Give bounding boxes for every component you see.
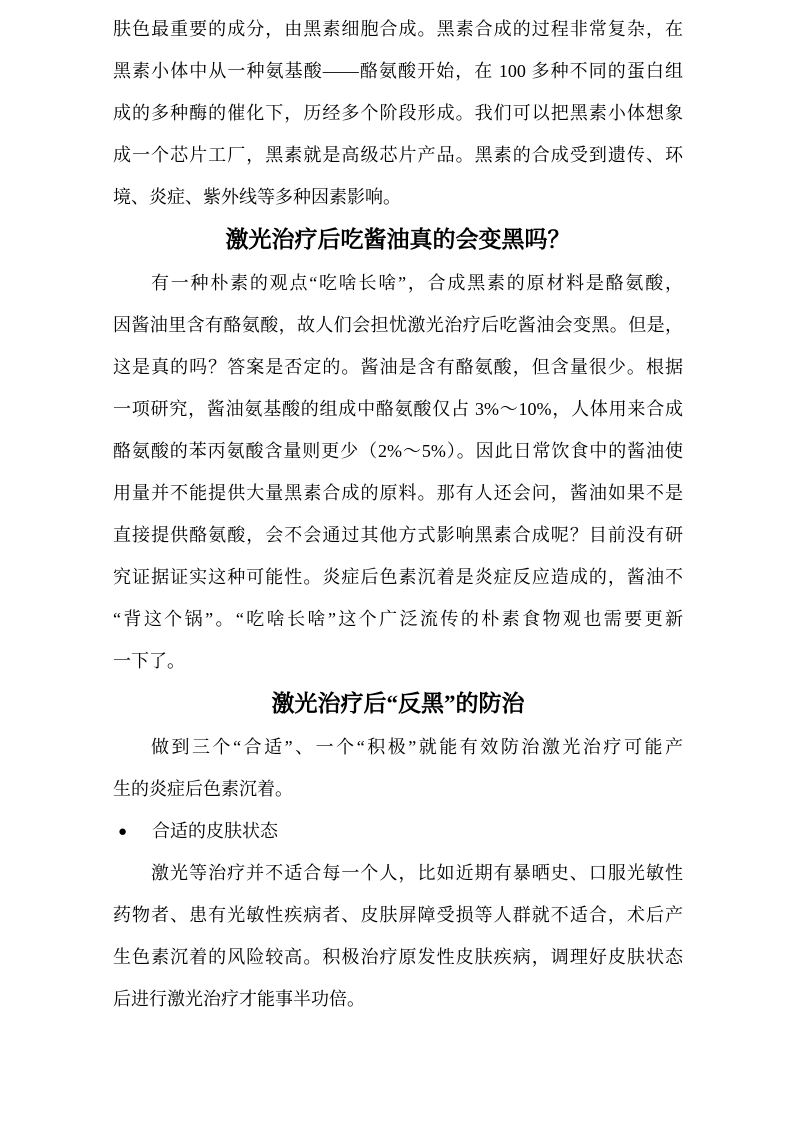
text-line: 生的炎症后色素沉着。 bbox=[113, 768, 683, 810]
section-heading-soy-sauce: 激光治疗后吃酱油真的会变黑吗？ bbox=[113, 218, 683, 262]
skin-condition-paragraph: 激光等治疗并不适合每一个人，比如近期有暴晒史、口服光敏性 药物者、患有光敏性疾病… bbox=[113, 852, 683, 1020]
prevention-paragraph: 做到三个“合适”、一个“积极”就能有效防治激光治疗可能产 生的炎症后色素沉着。 bbox=[113, 726, 683, 810]
text-line: 肤色最重要的成分，由黑素细胞合成。黑素合成的过程非常复杂，在 bbox=[113, 8, 683, 50]
text-line: 境、炎症、紫外线等多种因素影响。 bbox=[113, 176, 683, 218]
text-line: 黑素小体中从一种氨基酸——酪氨酸开始，在 100 多种不同的蛋白组 bbox=[113, 50, 683, 92]
text-line: 生色素沉着的风险较高。积极治疗原发性皮肤疾病，调理好皮肤状态 bbox=[113, 936, 683, 978]
text-line: 因酱油里含有酪氨酸，故人们会担忧激光治疗后吃酱油会变黑。但是， bbox=[113, 304, 683, 346]
text-line: 究证据证实这种可能性。炎症后色素沉着是炎症反应造成的，酱油不 bbox=[113, 556, 683, 598]
text-line: 药物者、患有光敏性疾病者、皮肤屏障受损等人群就不适合，术后产 bbox=[113, 894, 683, 936]
text-line: 做到三个“合适”、一个“积极”就能有效防治激光治疗可能产 bbox=[113, 726, 683, 768]
text-line: “背这个锅”。“吃啥长啥”这个广泛流传的朴素食物观也需要更新 bbox=[113, 598, 683, 640]
document-page: 肤色最重要的成分，由黑素细胞合成。黑素合成的过程非常复杂，在 黑素小体中从一种氨… bbox=[0, 0, 793, 1122]
text-line: 成一个芯片工厂，黑素就是高级芯片产品。黑素的合成受到遗传、环 bbox=[113, 134, 683, 176]
soy-sauce-paragraph: 有一种朴素的观点“吃啥长啥”，合成黑素的原材料是酪氨酸， 因酱油里含有酪氨酸，故… bbox=[113, 262, 683, 682]
text-line: 一下了。 bbox=[113, 640, 683, 682]
text-line: 激光等治疗并不适合每一个人，比如近期有暴晒史、口服光敏性 bbox=[113, 852, 683, 894]
text-line: 成的多种酶的催化下，历经多个阶段形成。我们可以把黑素小体想象 bbox=[113, 92, 683, 134]
text-line: 直接提供酪氨酸，会不会通过其他方式影响黑素合成呢？目前没有研 bbox=[113, 514, 683, 556]
text-line: 一项研究，酱油氨基酸的组成中酪氨酸仅占 3%～10%，人体用来合成 bbox=[113, 388, 683, 430]
intro-paragraph: 肤色最重要的成分，由黑素细胞合成。黑素合成的过程非常复杂，在 黑素小体中从一种氨… bbox=[113, 8, 683, 218]
text-line: 有一种朴素的观点“吃啥长啥”，合成黑素的原材料是酪氨酸， bbox=[113, 262, 683, 304]
page-content: 肤色最重要的成分，由黑素细胞合成。黑素合成的过程非常复杂，在 黑素小体中从一种氨… bbox=[113, 8, 683, 1020]
text-line: 用量并不能提供大量黑素合成的原料。那有人还会问，酱油如果不是 bbox=[113, 472, 683, 514]
section-heading-prevention: 激光治疗后“反黑”的防治 bbox=[113, 682, 683, 726]
bullet-item-skin-condition: ●合适的皮肤状态 bbox=[113, 810, 683, 852]
bullet-icon: ● bbox=[118, 811, 152, 853]
text-line: 酪氨酸的苯丙氨酸含量则更少（2%～5%）。因此日常饮食中的酱油使 bbox=[113, 430, 683, 472]
text-line: 后进行激光治疗才能事半功倍。 bbox=[113, 978, 683, 1020]
bullet-label: 合适的皮肤状态 bbox=[152, 821, 278, 841]
text-line: 这是真的吗？答案是否定的。酱油是含有酪氨酸，但含量很少。根据 bbox=[113, 346, 683, 388]
